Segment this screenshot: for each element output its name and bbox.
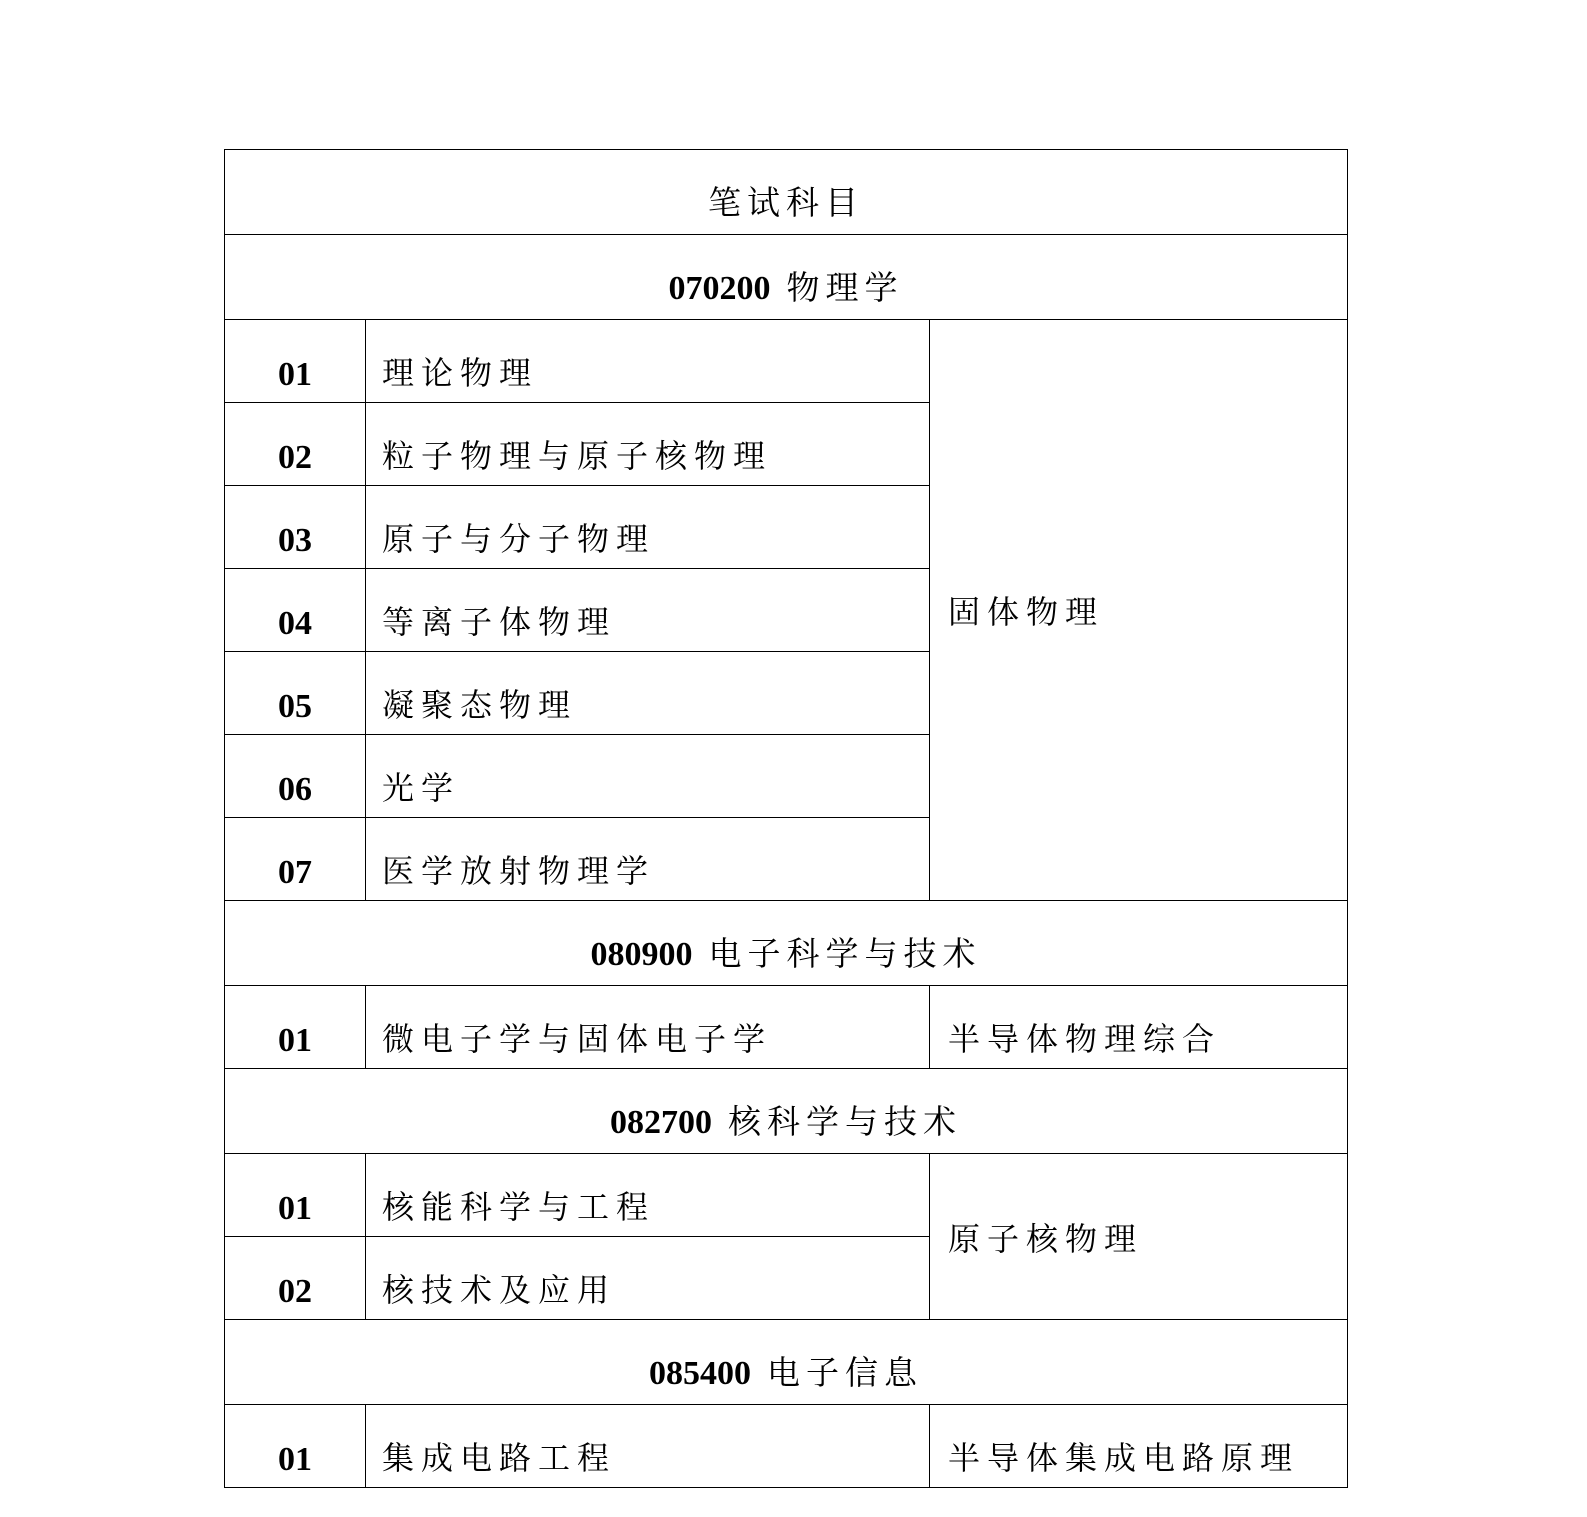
direction-number: 03	[225, 486, 366, 569]
direction-number: 01	[225, 320, 366, 403]
direction-name: 核能科学与工程	[366, 1154, 930, 1237]
section-header-row: 080900电子科学与技术	[225, 901, 1348, 986]
exam-subjects-table: 笔试科目 070200物理学 01 理论物理 固体物理 02 粒子物理与原子核物…	[224, 149, 1348, 1488]
direction-number: 07	[225, 818, 366, 901]
section-code: 085400	[649, 1355, 751, 1392]
direction-number: 05	[225, 652, 366, 735]
exam-subject: 半导体集成电路原理	[930, 1405, 1348, 1488]
direction-number: 02	[225, 1237, 366, 1320]
section-name: 电子科学与技术	[709, 934, 982, 973]
section-name: 核科学与技术	[728, 1102, 962, 1141]
section-header-row: 085400电子信息	[225, 1320, 1348, 1405]
table-row: 01 理论物理 固体物理	[225, 320, 1348, 403]
section-header: 082700核科学与技术	[225, 1069, 1348, 1154]
direction-name: 等离子体物理	[366, 569, 930, 652]
exam-subject: 固体物理	[930, 320, 1348, 901]
direction-number: 04	[225, 569, 366, 652]
direction-name: 凝聚态物理	[366, 652, 930, 735]
direction-name: 医学放射物理学	[366, 818, 930, 901]
table-row: 01 微电子学与固体电子学 半导体物理综合	[225, 986, 1348, 1069]
table-row: 01 核能科学与工程 原子核物理	[225, 1154, 1348, 1237]
direction-name: 理论物理	[366, 320, 930, 403]
table-row: 01 集成电路工程 半导体集成电路原理	[225, 1405, 1348, 1488]
section-header-row: 082700核科学与技术	[225, 1069, 1348, 1154]
section-header: 070200物理学	[225, 235, 1348, 320]
section-name: 物理学	[787, 268, 904, 307]
direction-name: 粒子物理与原子核物理	[366, 403, 930, 486]
section-code: 082700	[610, 1104, 712, 1141]
direction-name: 光学	[366, 735, 930, 818]
section-code: 070200	[669, 270, 771, 307]
table-title: 笔试科目	[225, 150, 1348, 235]
direction-number: 06	[225, 735, 366, 818]
section-header-row: 070200物理学	[225, 235, 1348, 320]
table-header-row: 笔试科目	[225, 150, 1348, 235]
direction-name: 集成电路工程	[366, 1405, 930, 1488]
section-code: 080900	[591, 936, 693, 973]
exam-subject: 原子核物理	[930, 1154, 1348, 1320]
direction-name: 微电子学与固体电子学	[366, 986, 930, 1069]
direction-number: 02	[225, 403, 366, 486]
direction-number: 01	[225, 1154, 366, 1237]
section-header: 080900电子科学与技术	[225, 901, 1348, 986]
direction-name: 核技术及应用	[366, 1237, 930, 1320]
direction-name: 原子与分子物理	[366, 486, 930, 569]
direction-number: 01	[225, 1405, 366, 1488]
section-name: 电子信息	[767, 1353, 923, 1392]
section-header: 085400电子信息	[225, 1320, 1348, 1405]
exam-subject: 半导体物理综合	[930, 986, 1348, 1069]
direction-number: 01	[225, 986, 366, 1069]
